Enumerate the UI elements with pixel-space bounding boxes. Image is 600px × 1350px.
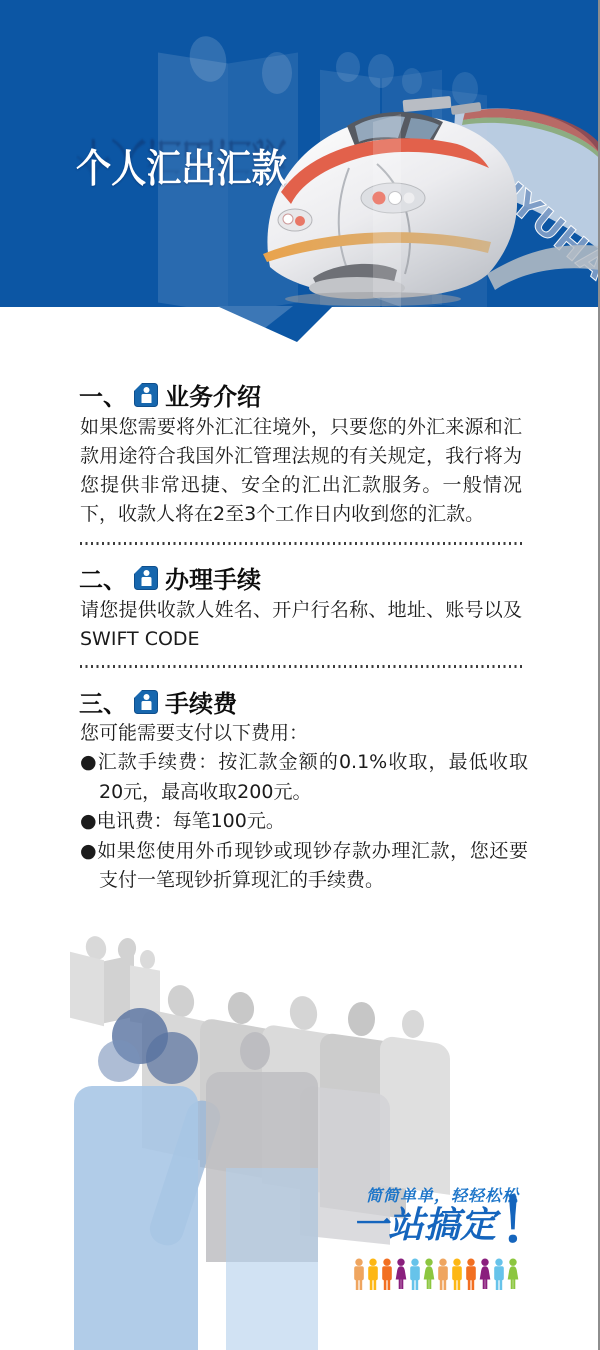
person-badge-icon	[134, 690, 158, 714]
person-icon	[450, 1258, 464, 1292]
person-icon	[464, 1258, 478, 1292]
fee-bullet-text: 如果您使用外币现钞或现钞存款办理汇款，您还要支付一笔现钞折算现汇的手续费。	[97, 840, 528, 892]
person-icon	[492, 1258, 506, 1292]
section-3-heading: 三、手续费	[79, 684, 237, 719]
fee-bullet-item: ●电讯费：每笔100元。	[80, 807, 528, 837]
section-3-title: 手续费	[165, 684, 237, 719]
section-1-body: 如果您需要将外汇汇往境外，只要您的外汇来源和汇款用途符合我国外汇管理法规的有关规…	[80, 413, 522, 529]
section-2-title: 办理手续	[165, 560, 261, 595]
fee-bullet-list: ●汇款手续费：按汇款金额的0.1%收取，最低收取20元，最高收取200元。 ●电…	[80, 748, 528, 896]
header-decor: FUYUHAO	[0, 0, 600, 307]
person-icon	[352, 1258, 366, 1292]
high-speed-train-illustration: FUYUHAO	[255, 92, 600, 307]
section-3-intro: 您可能需要支付以下费用：	[80, 719, 522, 748]
person-icon	[394, 1258, 408, 1292]
remittance-poster: FUYUHAO	[0, 0, 600, 1350]
bullet-marker: ●	[80, 751, 98, 773]
section-2-body: 请您提供收款人姓名、开户行名称、地址、账号以及SWIFT CODE	[80, 596, 522, 654]
fee-bullet-text: 电讯费：每笔100元。	[97, 810, 285, 832]
section-1-heading: 一、业务介绍	[79, 377, 261, 412]
slogan-line-2: 一站搞定	[352, 1206, 496, 1246]
person-badge-icon	[134, 383, 158, 407]
bullet-marker: ●	[80, 810, 97, 832]
section-3-number: 三、	[79, 684, 127, 719]
person-badge-icon	[134, 566, 158, 590]
person-icon	[380, 1258, 394, 1292]
fee-bullet-item: ●如果您使用外币现钞或现钞存款办理汇款，您还要支付一笔现钞折算现汇的手续费。	[80, 837, 528, 896]
fee-bullet-text: 汇款手续费：按汇款金额的0.1%收取，最低收取20元，最高收取200元。	[98, 751, 528, 803]
dotted-divider	[80, 542, 523, 545]
section-2-number: 二、	[79, 560, 127, 595]
bullet-marker: ●	[80, 840, 97, 862]
person-icon	[478, 1258, 492, 1292]
header-banner: FUYUHAO	[0, 0, 600, 307]
slogan-exclamation: ！	[498, 1198, 558, 1247]
person-icon	[506, 1258, 520, 1292]
person-icon	[436, 1258, 450, 1292]
fee-bullet-item: ●汇款手续费：按汇款金额的0.1%收取，最低收取20元，最高收取200元。	[80, 748, 528, 807]
header-notch-fold	[217, 306, 293, 328]
people-row	[352, 1258, 520, 1292]
slogan-block: 简简单单，轻轻松松 一站搞定 ！	[352, 1183, 552, 1255]
section-2-heading: 二、办理手续	[79, 560, 261, 595]
section-1-number: 一、	[79, 377, 127, 412]
section-1-title: 业务介绍	[165, 377, 261, 412]
person-icon	[366, 1258, 380, 1292]
dotted-divider	[80, 665, 523, 668]
page-title: 个人汇出汇款	[76, 138, 287, 194]
person-icon	[408, 1258, 422, 1292]
person-icon	[422, 1258, 436, 1292]
